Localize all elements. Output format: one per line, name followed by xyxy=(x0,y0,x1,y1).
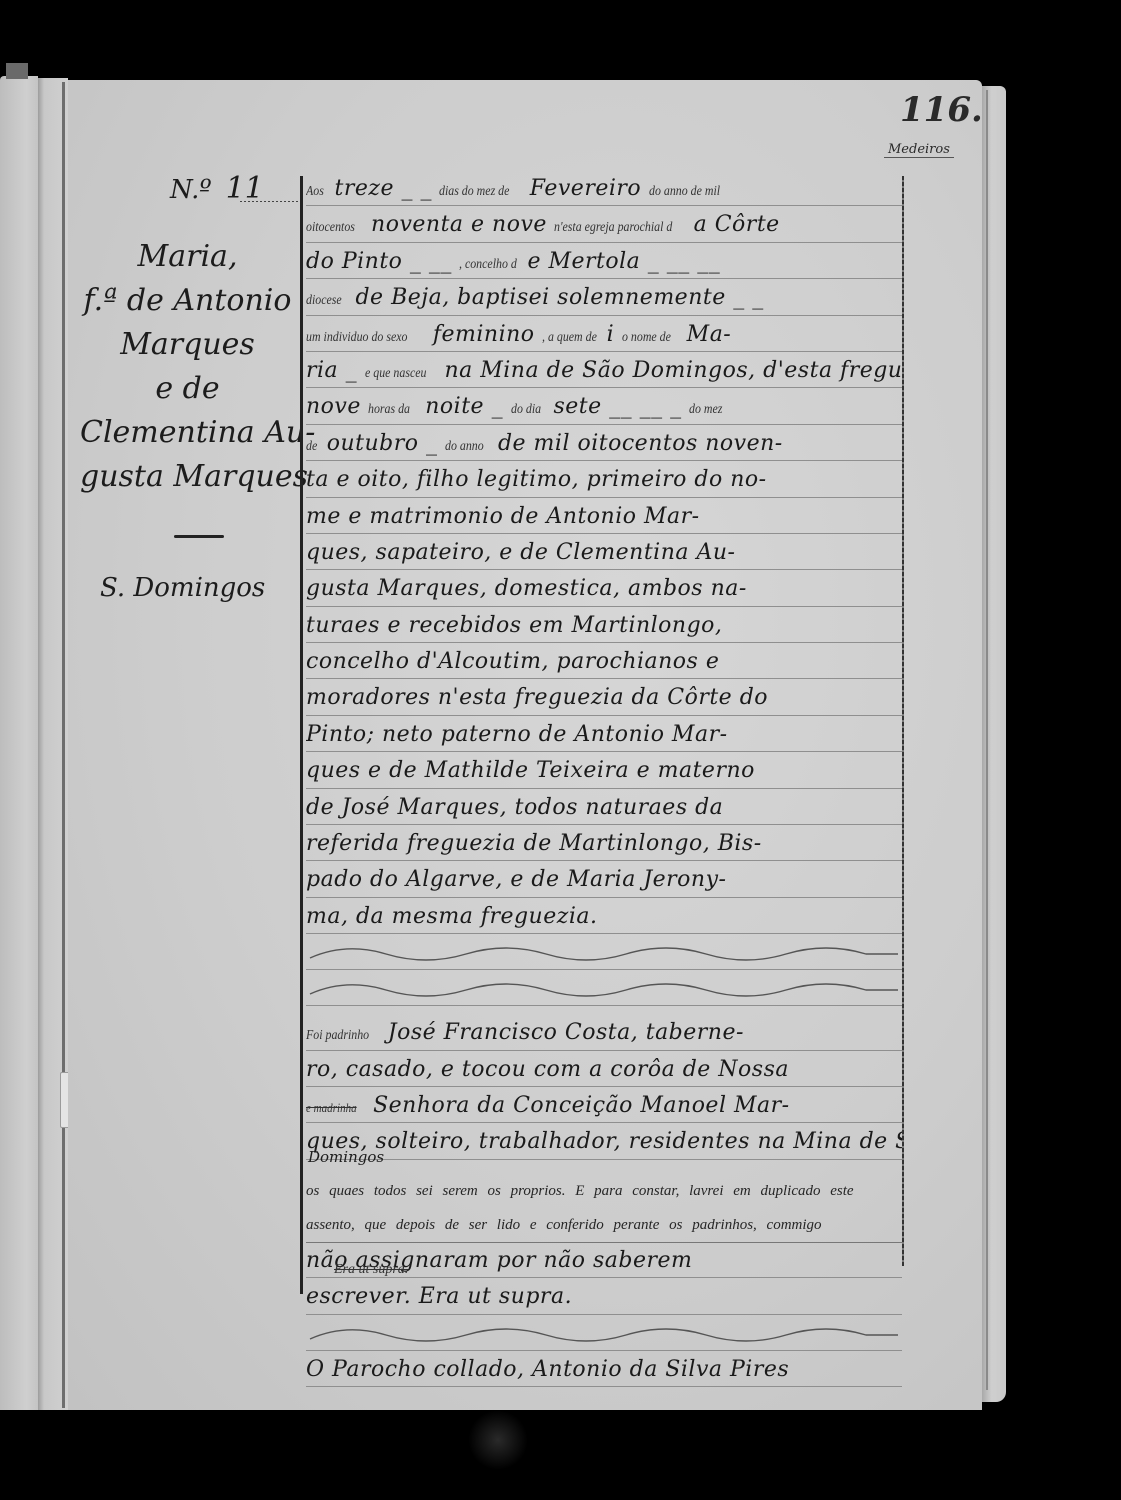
column-rule-right xyxy=(902,176,904,1266)
flourish-separator xyxy=(306,970,902,1006)
struck-footer-text: Era ut supra. xyxy=(334,1262,408,1278)
godparent-line: e madrinha Senhora da Conceição Manoel M… xyxy=(306,1087,902,1123)
handwritten-text: de Beja, baptisei solemnemente _ _ xyxy=(348,285,764,310)
margin-summary: Maria, f.ª de Antonio Marques e de Cleme… xyxy=(80,235,295,499)
printed-form-text: Foi padrinho xyxy=(306,1018,369,1050)
record-line: ta e oito, filho legitimo, primeiro do n… xyxy=(306,461,902,497)
record-line: nove horas da noite _ do dia sete __ __ … xyxy=(306,388,902,424)
handwritten-text: outubro _ xyxy=(319,431,445,456)
record-line: moradores n'esta freguezia da Côrte do xyxy=(306,679,902,715)
handwritten-text: e Mertola _ __ __ xyxy=(527,249,720,274)
folio-signature: Medeiros xyxy=(884,142,954,158)
record-line: oitocentos noventa e nove n'esta egreja … xyxy=(306,206,902,242)
record-line: diocese de Beja, baptisei solemnemente _… xyxy=(306,279,902,315)
printed-form-text: , a quem de xyxy=(542,320,597,352)
record-body: Aos treze _ _ dias do mez de Fevereiro d… xyxy=(306,170,902,1387)
handwritten-text: ques, sapateiro, e de Clementina Au- xyxy=(306,540,736,565)
binding-tab xyxy=(6,63,28,79)
handwritten-text: noventa e nove xyxy=(364,212,555,237)
page-edge-line xyxy=(986,90,988,1390)
printed-form-text: oitocentos xyxy=(306,210,355,242)
margin-line: Marques xyxy=(80,323,295,367)
handwritten-text: do Pinto _ __ xyxy=(306,249,459,274)
margin-line: Clementina Au- xyxy=(80,411,295,455)
record-line: me e matrimonio de Antonio Mar- xyxy=(306,498,902,534)
handwritten-text: de José Marques, todos naturaes da xyxy=(306,795,723,820)
record-line: do Pinto _ __ , concelho de Mertola _ __… xyxy=(306,243,902,279)
handwritten-text: Pinto; neto paterno de Antonio Mar- xyxy=(306,722,728,747)
record-line: Aos treze _ _ dias do mez de Fevereiro d… xyxy=(306,170,902,206)
printed-form-text: e que nasceu xyxy=(365,356,426,388)
printed-form-text: do anno xyxy=(445,429,484,461)
handwritten-text: José Francisco Costa, taberne- xyxy=(380,1020,744,1045)
handwritten-text: ques e de Mathilde Teixeira e materno xyxy=(306,758,755,783)
handwritten-text: i xyxy=(607,322,622,347)
printed-form-text: diocese xyxy=(306,283,342,315)
record-line: de José Marques, todos naturaes da xyxy=(306,789,902,825)
handwritten-text: Ma- xyxy=(679,322,731,347)
margin-column: N.º11 Maria, f.ª de Antonio Marques e de… xyxy=(80,165,295,665)
handwritten-text: na Mina de São Domingos, d'esta freguezi… xyxy=(437,358,902,383)
handwritten-text: ma, da mesma freguezia. xyxy=(306,904,597,929)
godparent-line: Foi padrinho José Francisco Costa, taber… xyxy=(306,1014,902,1050)
handwritten-text: feminino xyxy=(425,322,542,347)
record-line: turaes e recebidos em Martinlongo, xyxy=(306,607,902,643)
record-line: ma, da mesma freguezia. xyxy=(306,898,902,934)
entry-number-underline xyxy=(240,201,300,202)
column-rule-left xyxy=(300,176,303,1294)
godparent-subline-row: Domingos xyxy=(306,1160,902,1174)
record-line: ria _ e que nasceu na Mina de São Doming… xyxy=(306,352,902,388)
margin-line: e de xyxy=(80,367,295,411)
ink-smudge xyxy=(468,1410,528,1470)
struck-text: e madrinha xyxy=(306,1090,357,1123)
printed-line: assento, que depois de ser lido e confer… xyxy=(306,1208,902,1242)
priest-signature-line: O Parocho collado, Antonio da Silva Pire… xyxy=(306,1351,902,1387)
handwritten-text: ques, solteiro, trabalhador, residentes … xyxy=(306,1129,902,1154)
margin-line: Maria, xyxy=(80,235,295,279)
handwritten-text: nove xyxy=(306,394,368,419)
bottom-rule xyxy=(306,1242,902,1243)
printed-form-text: n'esta egreja parochial d xyxy=(554,210,672,242)
printed-form-text: , concelho d xyxy=(459,247,517,279)
handwritten-text: sete __ __ _ xyxy=(546,394,689,419)
godparent-line: ro, casado, e tocou com a corôa de Nossa xyxy=(306,1051,902,1087)
entry-label: N.º xyxy=(170,175,212,205)
folio-mark: 116. Medeiros xyxy=(880,90,990,180)
record-line: um individuo do sexo feminino , a quem d… xyxy=(306,316,902,352)
margin-line: f.ª de Antonio xyxy=(80,279,295,323)
record-line: de outubro _ do anno de mil oitocentos n… xyxy=(306,425,902,461)
handwritten-text: moradores n'esta freguezia da Côrte do xyxy=(306,685,768,710)
closing-text: escrever. Era ut supra. xyxy=(306,1284,572,1309)
handwritten-text: a Côrte xyxy=(694,212,780,237)
handwritten-text: turaes e recebidos em Martinlongo, xyxy=(306,613,722,638)
flourish-separator xyxy=(306,934,902,970)
printed-form-text: do dia xyxy=(511,392,541,424)
record-line: gusta Marques, domestica, ambos na- xyxy=(306,570,902,606)
handwritten-text: Fevereiro xyxy=(522,176,648,201)
handwritten-text: referida freguezia de Martinlongo, Bis- xyxy=(306,831,762,856)
godparent-subline: Domingos xyxy=(308,1148,384,1166)
printed-form-text: de xyxy=(306,429,317,461)
handwritten-text: ro, casado, e tocou com a corôa de Nossa xyxy=(306,1057,789,1082)
handwritten-text: me e matrimonio de Antonio Mar- xyxy=(306,504,700,529)
margin-place: S. Domingos xyxy=(100,573,265,603)
handwritten-text: gusta Marques, domestica, ambos na- xyxy=(306,576,747,601)
facing-page-edge xyxy=(0,76,38,1410)
handwritten-text: concelho d'Alcoutim, parochianos e xyxy=(306,649,719,674)
printed-form-text: dias do mez de xyxy=(439,174,509,206)
printed-form-text: Aos xyxy=(306,174,324,206)
printed-line: os quaes todos sei serem os proprios. E … xyxy=(306,1174,902,1208)
record-text-lines: Aos treze _ _ dias do mez de Fevereiro d… xyxy=(306,170,902,934)
record-line: pado do Algarve, e de Maria Jerony- xyxy=(306,861,902,897)
record-line: concelho d'Alcoutim, parochianos e xyxy=(306,643,902,679)
printed-form-text: horas da xyxy=(368,392,410,424)
handwritten-text: treze _ _ xyxy=(327,176,439,201)
flourish-separator xyxy=(306,1315,902,1351)
record-line: ques, sapateiro, e de Clementina Au- xyxy=(306,534,902,570)
handwritten-text: ta e oito, filho legitimo, primeiro do n… xyxy=(306,467,767,492)
record-line: referida freguezia de Martinlongo, Bis- xyxy=(306,825,902,861)
margin-line: gusta Marques xyxy=(80,455,295,499)
handwritten-text: noite _ xyxy=(418,394,511,419)
closing-line: escrever. Era ut supra. xyxy=(306,1278,902,1314)
record-line: Pinto; neto paterno de Antonio Mar- xyxy=(306,716,902,752)
godparent-line: ques, solteiro, trabalhador, residentes … xyxy=(306,1123,902,1159)
scanned-register-page: 116. Medeiros N.º11 Maria, f.ª de Antoni… xyxy=(0,0,1121,1500)
handwritten-text: pado do Algarve, e de Maria Jerony- xyxy=(306,867,726,892)
printed-form-text: um individuo do sexo xyxy=(306,320,407,352)
margin-divider xyxy=(174,535,224,538)
handwritten-text: Senhora da Conceição Manoel Mar- xyxy=(366,1093,790,1118)
record-line: ques e de Mathilde Teixeira e materno xyxy=(306,752,902,788)
gutter-fold-line xyxy=(62,82,65,1408)
handwritten-text: de mil oitocentos noven- xyxy=(490,431,782,456)
printed-form-text: o nome de xyxy=(622,320,671,352)
handwritten-text: ria _ xyxy=(306,358,365,383)
priest-signature: O Parocho collado, Antonio da Silva Pire… xyxy=(306,1357,789,1382)
printed-form-text: do mez xyxy=(689,392,722,424)
printed-form-text: do anno de mil xyxy=(649,174,720,206)
godparent-text-lines: Foi padrinho José Francisco Costa, taber… xyxy=(306,1014,902,1160)
folio-number: 116. xyxy=(900,90,983,130)
